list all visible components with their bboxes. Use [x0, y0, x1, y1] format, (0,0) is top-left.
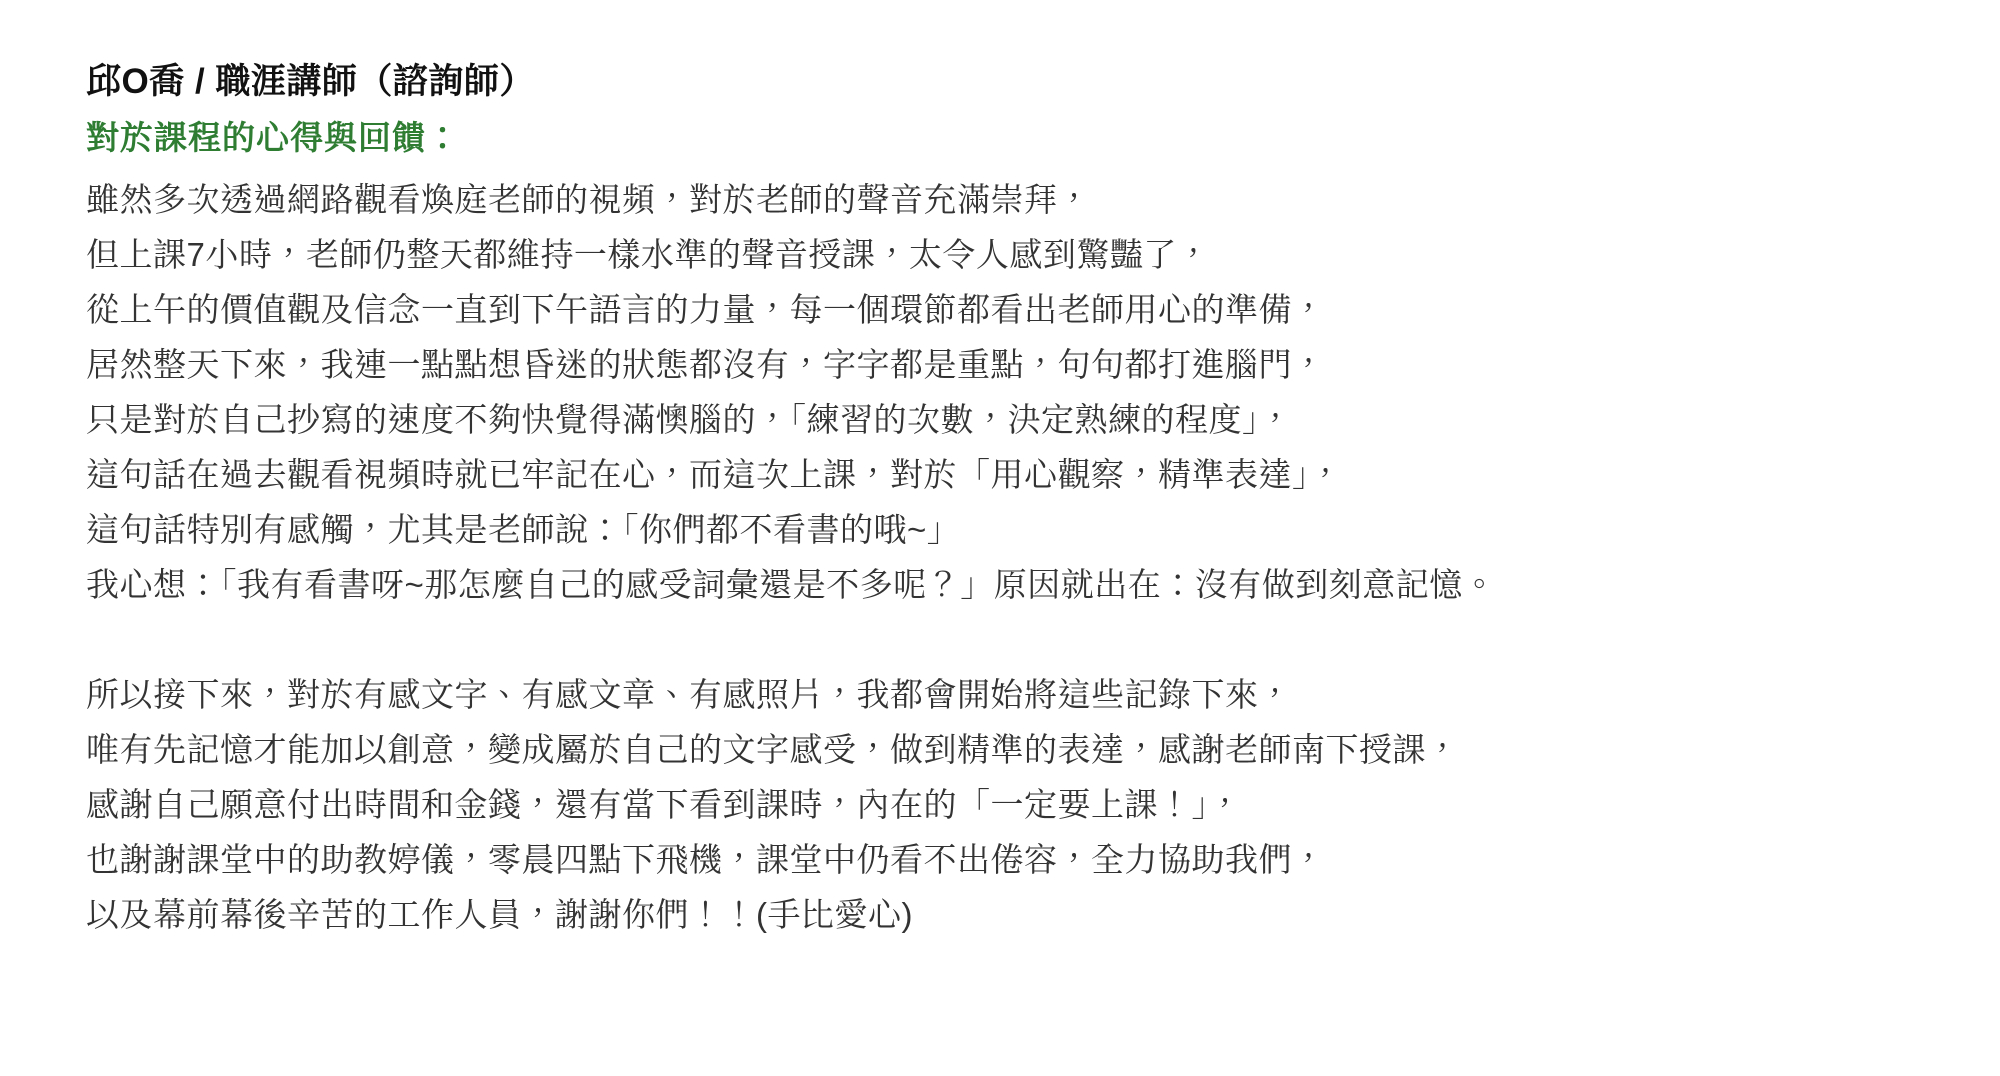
text-line: 我心想：「我有看書呀~那怎麼自己的感受詞彙還是不多呢？」原因就出在：沒有做到刻意… [86, 557, 1940, 612]
testimonial-page: 邱O喬 / 職涯講師（諮詢師） 對於課程的心得與回饋： 雖然多次透過網路觀看煥庭… [0, 0, 2000, 1076]
text-line: 雖然多次透過網路觀看煥庭老師的視頻，對於老師的聲音充滿崇拜， [86, 172, 1940, 227]
feedback-paragraph-1: 雖然多次透過網路觀看煥庭老師的視頻，對於老師的聲音充滿崇拜，但上課7小時，老師仍… [86, 172, 1940, 612]
text-line: 居然整天下來，我連一點點想昏迷的狀態都沒有，字字都是重點，句句都打進腦門， [86, 337, 1940, 392]
text-line: 但上課7小時，老師仍整天都維持一樣水準的聲音授課，太令人感到驚豔了， [86, 227, 1940, 282]
section-heading: 對於課程的心得與回饋： [86, 117, 1940, 160]
text-line: 以及幕前幕後辛苦的工作人員，謝謝你們！！(手比愛心) [86, 887, 1940, 942]
text-line: 這句話在過去觀看視頻時就已牢記在心，而這次上課，對於「用心觀察，精準表達」， [86, 447, 1940, 502]
text-line: 只是對於自己抄寫的速度不夠快覺得滿懊腦的，「練習的次數，決定熟練的程度」， [86, 392, 1940, 447]
text-line: 感謝自己願意付出時間和金錢，還有當下看到課時，內在的「一定要上課！」， [86, 777, 1940, 832]
text-line: 所以接下來，對於有感文字、有感文章、有感照片，我都會開始將這些記錄下來， [86, 667, 1940, 722]
feedback-paragraph-2: 所以接下來，對於有感文字、有感文章、有感照片，我都會開始將這些記錄下來，唯有先記… [86, 667, 1940, 942]
text-line: 從上午的價值觀及信念一直到下午語言的力量，每一個環節都看出老師用心的準備， [86, 282, 1940, 337]
text-line: 唯有先記憶才能加以創意，變成屬於自己的文字感受，做到精準的表達，感謝老師南下授課… [86, 722, 1940, 777]
text-line: 也謝謝課堂中的助教婷儀，零晨四點下飛機，課堂中仍看不出倦容，全力協助我們， [86, 832, 1940, 887]
page-title: 邱O喬 / 職涯講師（諮詢師） [86, 58, 1940, 105]
text-line: 這句話特別有感觸，尤其是老師說：「你們都不看書的哦~」 [86, 502, 1940, 557]
